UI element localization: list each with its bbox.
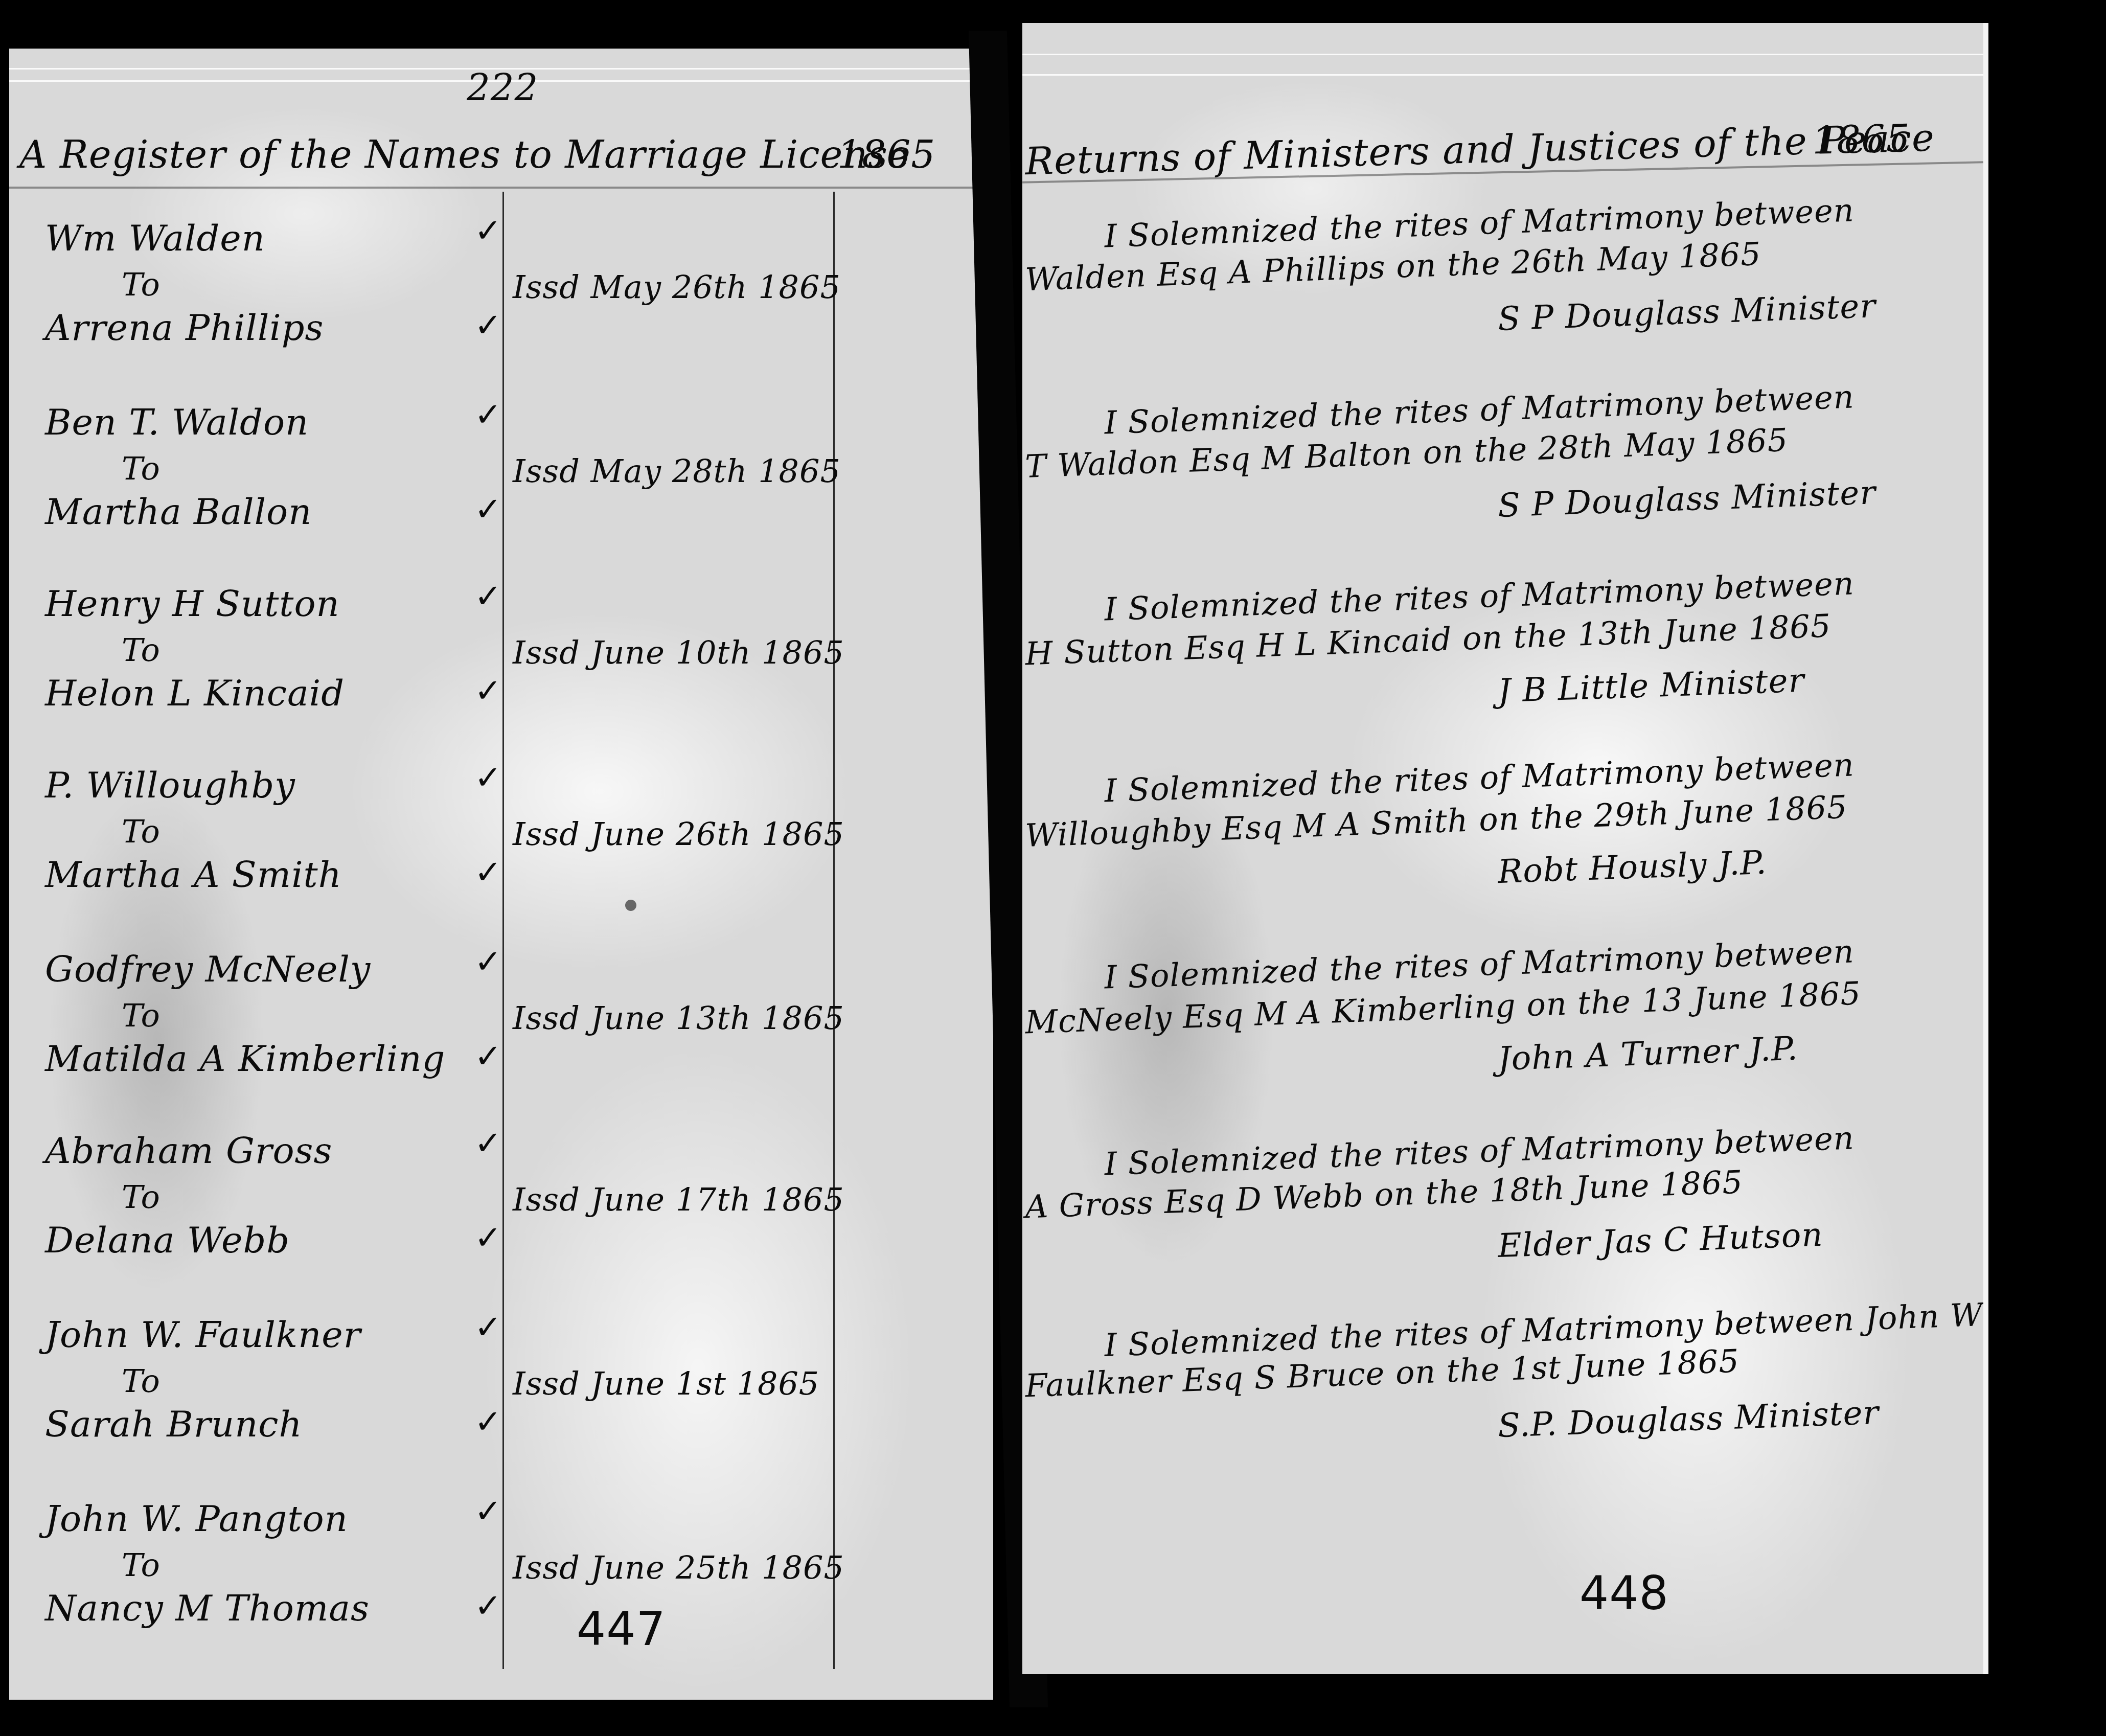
- bride-name: Arrena Phillips: [45, 307, 324, 349]
- groom-name: Wm Walden: [45, 217, 265, 259]
- check-mark: ✓: [474, 759, 502, 797]
- check-mark: ✓: [474, 491, 502, 529]
- bride-name: Sarah Brunch: [45, 1403, 303, 1445]
- right-page-returns: Returns of Ministers and Justices of the…: [1022, 23, 1988, 1674]
- groom-name: John W. Faulkner: [45, 1314, 361, 1356]
- connector-to: To: [122, 1178, 161, 1216]
- ink-blot: [625, 900, 636, 911]
- license-issued-date: Issd June 13th 1865: [513, 999, 844, 1037]
- bride-name: Nancy M Thomas: [45, 1587, 370, 1629]
- officiant-signature: S.P. Douglass Minister: [1497, 1394, 1880, 1445]
- license-issued-date: Issd May 26th 1865: [513, 268, 841, 306]
- connector-to: To: [122, 266, 161, 303]
- license-issued-date: Issd May 28th 1865: [513, 452, 841, 490]
- connector-to: To: [122, 450, 161, 487]
- bride-name: Helon L Kincaid: [45, 672, 345, 714]
- bride-name: Martha A Smith: [45, 854, 342, 896]
- connector-to: To: [122, 1362, 161, 1400]
- license-issued-date: Issd June 10th 1865: [513, 634, 844, 671]
- connector-to: To: [122, 997, 161, 1034]
- check-mark: ✓: [474, 1493, 502, 1531]
- officiant-signature: S P Douglass Minister: [1497, 474, 1876, 525]
- check-mark: ✓: [474, 943, 502, 981]
- connector-to: To: [122, 1546, 161, 1584]
- check-mark: ✓: [474, 1403, 502, 1441]
- groom-name: John W. Pangton: [45, 1498, 348, 1540]
- check-mark: ✓: [474, 1587, 502, 1625]
- column-rule-issued: [502, 192, 504, 1669]
- officiant-signature: Robt Hously J.P.: [1497, 844, 1768, 891]
- bride-name: Martha Ballon: [45, 491, 312, 533]
- ruled-line: [1022, 54, 1983, 55]
- groom-name: Abraham Gross: [45, 1130, 332, 1172]
- check-mark: ✓: [474, 672, 502, 710]
- officiant-signature: J B Little Minister: [1497, 662, 1805, 711]
- officiant-signature: Elder Jas C Hutson: [1497, 1216, 1824, 1265]
- check-mark: ✓: [474, 1125, 502, 1162]
- license-issued-date: Issd June 17th 1865: [513, 1181, 844, 1218]
- officiant-signature: S P Douglass Minister: [1497, 287, 1876, 338]
- groom-name: P. Willoughby: [45, 764, 295, 806]
- left-page-register: 222 A Register of the Names to Marriage …: [9, 49, 993, 1700]
- check-mark: ✓: [474, 212, 502, 250]
- license-issued-date: Issd June 25th 1865: [513, 1549, 844, 1586]
- folio-number: 447: [577, 1603, 666, 1656]
- check-mark: ✓: [474, 307, 502, 345]
- groom-name: Henry H Sutton: [45, 583, 340, 625]
- groom-name: Ben T. Waldon: [45, 401, 309, 443]
- folio-number: 448: [1579, 1567, 1669, 1620]
- page-number: 222: [467, 66, 538, 109]
- officiant-signature: John A Turner J.P.: [1497, 1030, 1799, 1078]
- column-rule-right: [833, 192, 835, 1669]
- check-mark: ✓: [474, 854, 502, 892]
- license-issued-date: Issd June 1st 1865: [513, 1365, 819, 1402]
- connector-to: To: [122, 631, 161, 669]
- check-mark: ✓: [474, 1219, 502, 1257]
- returns-header-year: 1865: [1812, 116, 1911, 163]
- check-mark: ✓: [474, 578, 502, 615]
- ruled-line: [1022, 74, 1983, 76]
- register-header: A Register of the Names to Marriage Lice…: [19, 133, 911, 177]
- connector-to: To: [122, 813, 161, 850]
- check-mark: ✓: [474, 1309, 502, 1346]
- groom-name: Godfrey McNeely: [45, 948, 371, 990]
- check-mark: ✓: [474, 1038, 502, 1076]
- check-mark: ✓: [474, 396, 502, 434]
- bride-name: Matilda A Kimberling: [45, 1038, 445, 1080]
- header-rule: [9, 187, 993, 189]
- bride-name: Delana Webb: [45, 1219, 290, 1261]
- license-issued-date: Issd June 26th 1865: [513, 815, 844, 853]
- register-header-year: 1865: [837, 133, 935, 177]
